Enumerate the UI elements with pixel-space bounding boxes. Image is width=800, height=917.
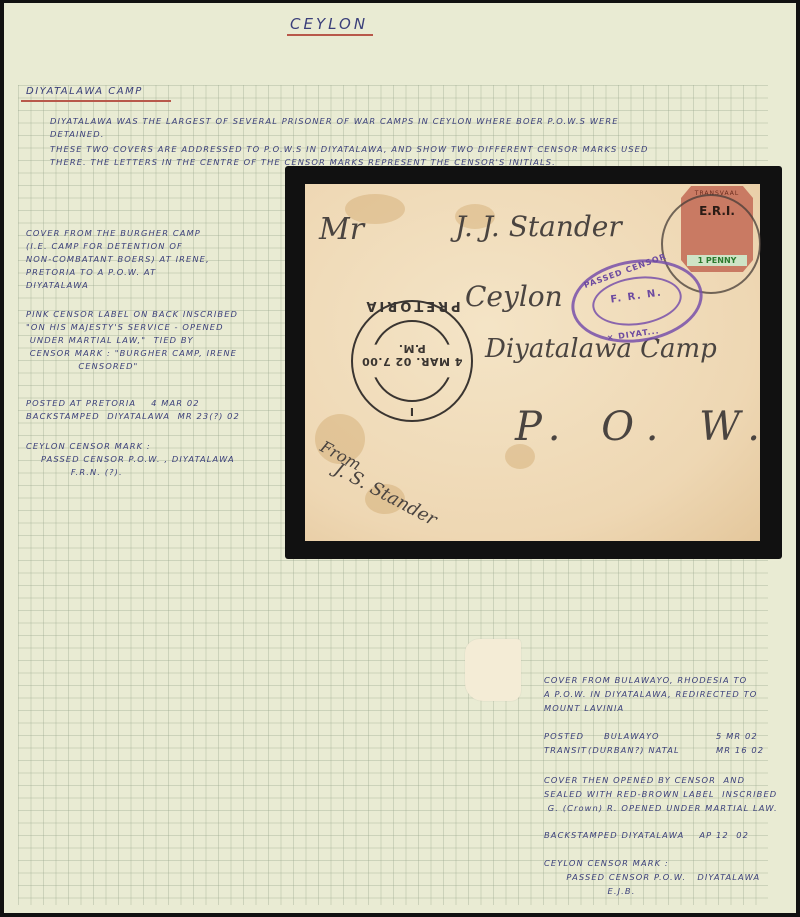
cover2-backstamp: BACKSTAMPED DIYATALAWA AP 12 02 [544, 829, 749, 842]
address-pow: P. O. W. [515, 404, 774, 450]
intro-line-3: THESE TWO COVERS ARE ADDRESSED TO P.O.W.… [50, 143, 648, 156]
cover2-desc-3: MOUNT LAVINIA [544, 702, 624, 715]
cover1-label-2: "ON HIS MAJESTY'S SERVICE - OPENED [26, 321, 224, 334]
cover1-censor-3: F.R.N. (?). [26, 466, 123, 479]
cover2-censor-3: E.J.B. [544, 885, 635, 898]
title-underline [287, 34, 373, 36]
cover2-posted-date: 5 MR 02 [716, 730, 758, 743]
cover1-label-5: CENSORED" [26, 360, 138, 373]
cover1-desc-2: (I.E. CAMP FOR DETENTION OF [26, 240, 183, 253]
cover2-desc-2: A P.O.W. IN DIYATALAWA, REDIRECTED TO [544, 688, 757, 701]
envelope-face: Mr J. J. Stander Ceylon Diyatalawa Camp … [305, 184, 760, 541]
cover1-label-3: UNDER MARTIAL LAW," TIED BY [26, 334, 194, 347]
cover1-desc-3: NON-COMBATANT BOERS) AT IRENE, [26, 253, 210, 266]
cover2-desc-1: COVER FROM BULAWAYO, RHODESIA TO [544, 674, 747, 687]
cover2-label-3: G. (Crown) R. OPENED UNDER MARTIAL LAW. [544, 802, 778, 815]
address-salutation: Mr [319, 212, 364, 247]
cover2-label-1: COVER THEN OPENED BY CENSOR AND [544, 774, 745, 787]
cover2-transit-place: (DURBAN?) NATAL [588, 744, 680, 757]
cover1-desc-4: PRETORIA TO A P.O.W. AT [26, 266, 156, 279]
intro-line-2: DETAINED. [50, 128, 104, 141]
cover1-posted: POSTED AT PRETORIA 4 MAR 02 [26, 397, 200, 410]
mourning-cover-envelope: Mr J. J. Stander Ceylon Diyatalawa Camp … [285, 166, 782, 559]
cover2-transit-label: TRANSIT [544, 744, 587, 757]
cover2-censor-2: PASSED CENSOR P.O.W. DIYATALAWA [544, 871, 760, 884]
cover1-label-1: PINK CENSOR LABEL ON BACK INSCRIBED [26, 308, 238, 321]
address-country: Ceylon [465, 280, 563, 313]
album-page: CEYLON DIYATALAWA CAMP DIYATALAWA WAS TH… [4, 3, 796, 913]
page-title: CEYLON [290, 15, 368, 33]
postmark-town: PRETORIA [353, 298, 471, 313]
cover2-label-2: SEALED WITH RED-BROWN LABEL INSCRIBED [544, 788, 777, 801]
section-heading: DIYATALAWA CAMP [26, 86, 143, 97]
cover2-posted-label: POSTED [544, 730, 584, 743]
cover1-label-4: CENSOR MARK : "BURGHER CAMP, IRENE [26, 347, 237, 360]
cover2-transit-date: MR 16 02 [716, 744, 764, 757]
section-heading-underline [21, 100, 171, 102]
postmark-number: I [353, 405, 471, 418]
postmark-date: 4 MAR. 02 7.00 P.M. [353, 342, 471, 368]
pretoria-postmark: I 4 MAR. 02 7.00 P.M. PRETORIA [351, 300, 473, 422]
cover1-censor-1: CEYLON CENSOR MARK : [26, 440, 151, 453]
censor-label-fragment [465, 639, 521, 701]
cover2-posted-place: BULAWAYO [604, 730, 660, 743]
cover2-censor-1: CEYLON CENSOR MARK : [544, 857, 669, 870]
cover1-backstamped: BACKSTAMPED DIYATALAWA MR 23(?) 02 [26, 410, 240, 423]
address-name: J. J. Stander [455, 210, 622, 243]
intro-line-1: DIYATALAWA WAS THE LARGEST OF SEVERAL PR… [50, 115, 619, 128]
cover1-desc-1: COVER FROM THE BURGHER CAMP [26, 227, 201, 240]
sender-name: J. S. Stander [331, 459, 441, 531]
cover1-desc-5: DIYATALAWA [26, 279, 89, 292]
cover1-censor-2: PASSED CENSOR P.O.W. , DIYATALAWA [26, 453, 235, 466]
